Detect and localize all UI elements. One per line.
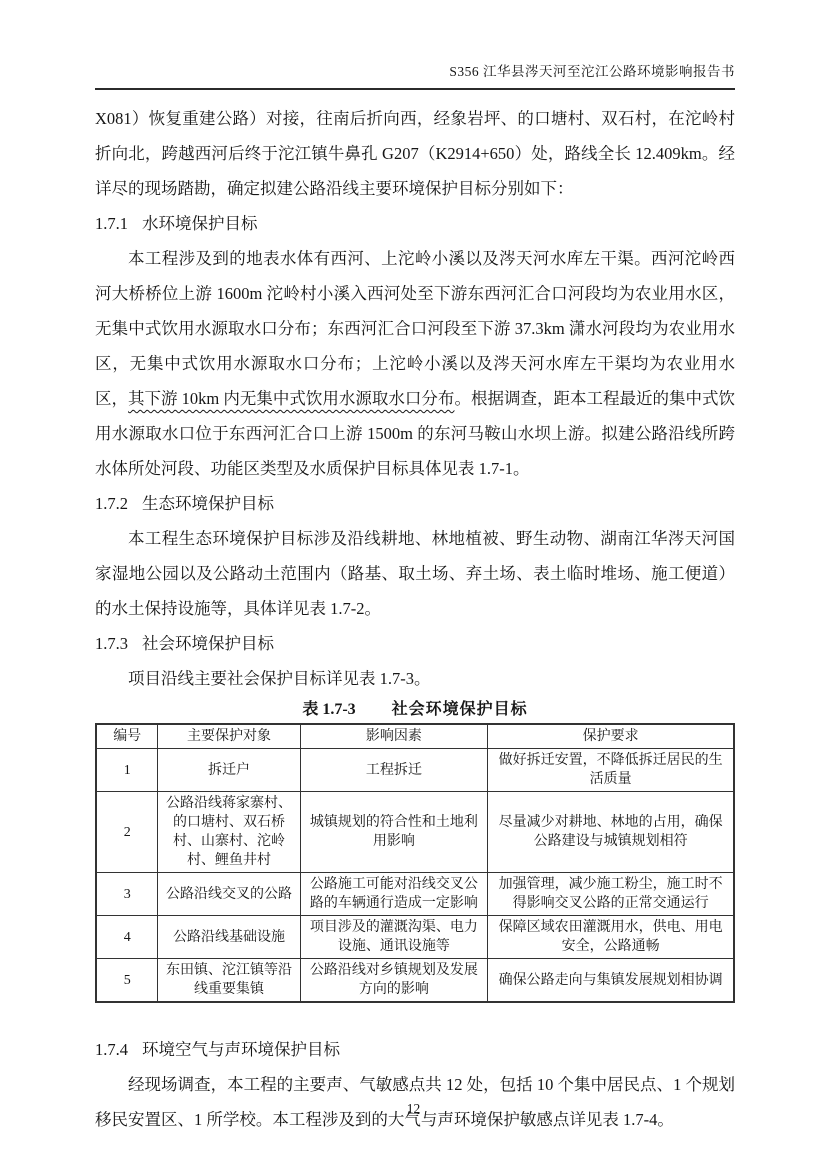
table-row: 4 公路沿线基础设施 项目涉及的灌溉沟渠、电力设施、通讯设施等 保障区域农田灌溉…	[96, 916, 734, 959]
intro-paragraph: X081）恢复重建公路）对接，往南后折向西，经象岩坪、的口塘村、双石村，在沱岭村…	[95, 101, 735, 206]
cell-object: 公路沿线交叉的公路	[158, 873, 300, 916]
column-header: 保护要求	[488, 724, 734, 749]
section-number: 1.7.2	[95, 494, 128, 513]
section-1-7-3-paragraph: 项目沿线主要社会保护目标详见表 1.7-3。	[95, 661, 735, 696]
table-row: 2 公路沿线蒋家寨村、的口塘村、双石桥村、山寨村、沱岭村、鲤鱼井村 城镇规划的符…	[96, 792, 734, 873]
document-page: S356 江华县涔天河至沱江公路环境影响报告书 X081）恢复重建公路）对接，往…	[0, 0, 827, 1169]
table-row: 1 拆迁户 工程拆迁 做好拆迁安置，不降低拆迁居民的生活质量	[96, 749, 734, 792]
page-number: 12	[407, 1101, 421, 1116]
section-title: 水环境保护目标	[142, 214, 258, 233]
section-number: 1.7.3	[95, 634, 128, 653]
column-header: 编号	[96, 724, 158, 749]
cell-object: 公路沿线蒋家寨村、的口塘村、双石桥村、山寨村、沱岭村、鲤鱼井村	[158, 792, 300, 873]
page-header: S356 江华县涔天河至沱江公路环境影响报告书	[95, 63, 735, 90]
section-1-7-1-paragraph: 本工程涉及到的地表水体有西河、上沱岭小溪以及涔天河水库左干渠。西河沱岭西河大桥桥…	[95, 241, 735, 486]
report-title: S356 江华县涔天河至沱江公路环境影响报告书	[449, 64, 735, 79]
cell-factor: 项目涉及的灌溉沟渠、电力设施、通讯设施等	[300, 916, 488, 959]
body-text: 本工程涉及到的地表水体有西河、上沱岭小溪以及涔天河水库左干渠。西河沱岭西河大桥桥…	[95, 249, 735, 408]
cell-requirement: 保障区域农田灌溉用水，供电、用电安全，公路通畅	[488, 916, 734, 959]
cell-factor: 城镇规划的符合性和土地利用影响	[300, 792, 488, 873]
table-caption: 表 1.7-3社会环境保护目标	[95, 696, 735, 723]
cell-number: 5	[96, 959, 158, 1003]
section-number: 1.7.4	[95, 1040, 128, 1059]
section-title: 环境空气与声环境保护目标	[142, 1040, 340, 1059]
cell-object: 拆迁户	[158, 749, 300, 792]
table-row: 3 公路沿线交叉的公路 公路施工可能对沿线交叉公路的车辆通行造成一定影响 加强管…	[96, 873, 734, 916]
table-caption-title: 社会环境保护目标	[392, 701, 528, 718]
cell-number: 2	[96, 792, 158, 873]
document-body: X081）恢复重建公路）对接，往南后折向西，经象岩坪、的口塘村、双石村，在沱岭村…	[95, 101, 735, 1137]
cell-number: 3	[96, 873, 158, 916]
section-title: 社会环境保护目标	[142, 634, 274, 653]
table-header-row: 编号 主要保护对象 影响因素 保护要求	[96, 724, 734, 749]
cell-object: 东田镇、沱江镇等沿线重要集镇	[158, 959, 300, 1003]
section-title: 生态环境保护目标	[142, 494, 274, 513]
column-header: 主要保护对象	[158, 724, 300, 749]
cell-requirement: 尽量减少对耕地、林地的占用，确保公路建设与城镇规划相符	[488, 792, 734, 873]
table-caption-label: 表 1.7-3	[302, 701, 355, 718]
section-heading-1-7-3: 1.7.3社会环境保护目标	[95, 626, 735, 661]
page-footer: 12	[0, 1101, 827, 1117]
cell-factor: 公路沿线对乡镇规划及发展方向的影响	[300, 959, 488, 1003]
section-1-7-2-paragraph: 本工程生态环境保护目标涉及沿线耕地、林地植被、野生动物、湖南江华涔天河国家湿地公…	[95, 521, 735, 626]
social-protection-table: 编号 主要保护对象 影响因素 保护要求 1 拆迁户 工程拆迁 做好拆迁安置，不降…	[95, 723, 735, 1003]
cell-requirement: 做好拆迁安置，不降低拆迁居民的生活质量	[488, 749, 734, 792]
cell-requirement: 加强管理，减少施工粉尘，施工时不得影响交叉公路的正常交通运行	[488, 873, 734, 916]
cell-requirement: 确保公路走向与集镇发展规划相协调	[488, 959, 734, 1003]
cell-number: 1	[96, 749, 158, 792]
section-heading-1-7-1: 1.7.1水环境保护目标	[95, 206, 735, 241]
cell-factor: 公路施工可能对沿线交叉公路的车辆通行造成一定影响	[300, 873, 488, 916]
cell-number: 4	[96, 916, 158, 959]
table-row: 5 东田镇、沱江镇等沿线重要集镇 公路沿线对乡镇规划及发展方向的影响 确保公路走…	[96, 959, 734, 1003]
column-header: 影响因素	[300, 724, 488, 749]
section-heading-1-7-4: 1.7.4环境空气与声环境保护目标	[95, 1032, 735, 1067]
underlined-text: 其下游 10km 内无集中式饮用水源取水口分布	[128, 389, 454, 408]
cell-factor: 工程拆迁	[300, 749, 488, 792]
section-heading-1-7-2: 1.7.2生态环境保护目标	[95, 486, 735, 521]
cell-object: 公路沿线基础设施	[158, 916, 300, 959]
section-number: 1.7.1	[95, 214, 128, 233]
